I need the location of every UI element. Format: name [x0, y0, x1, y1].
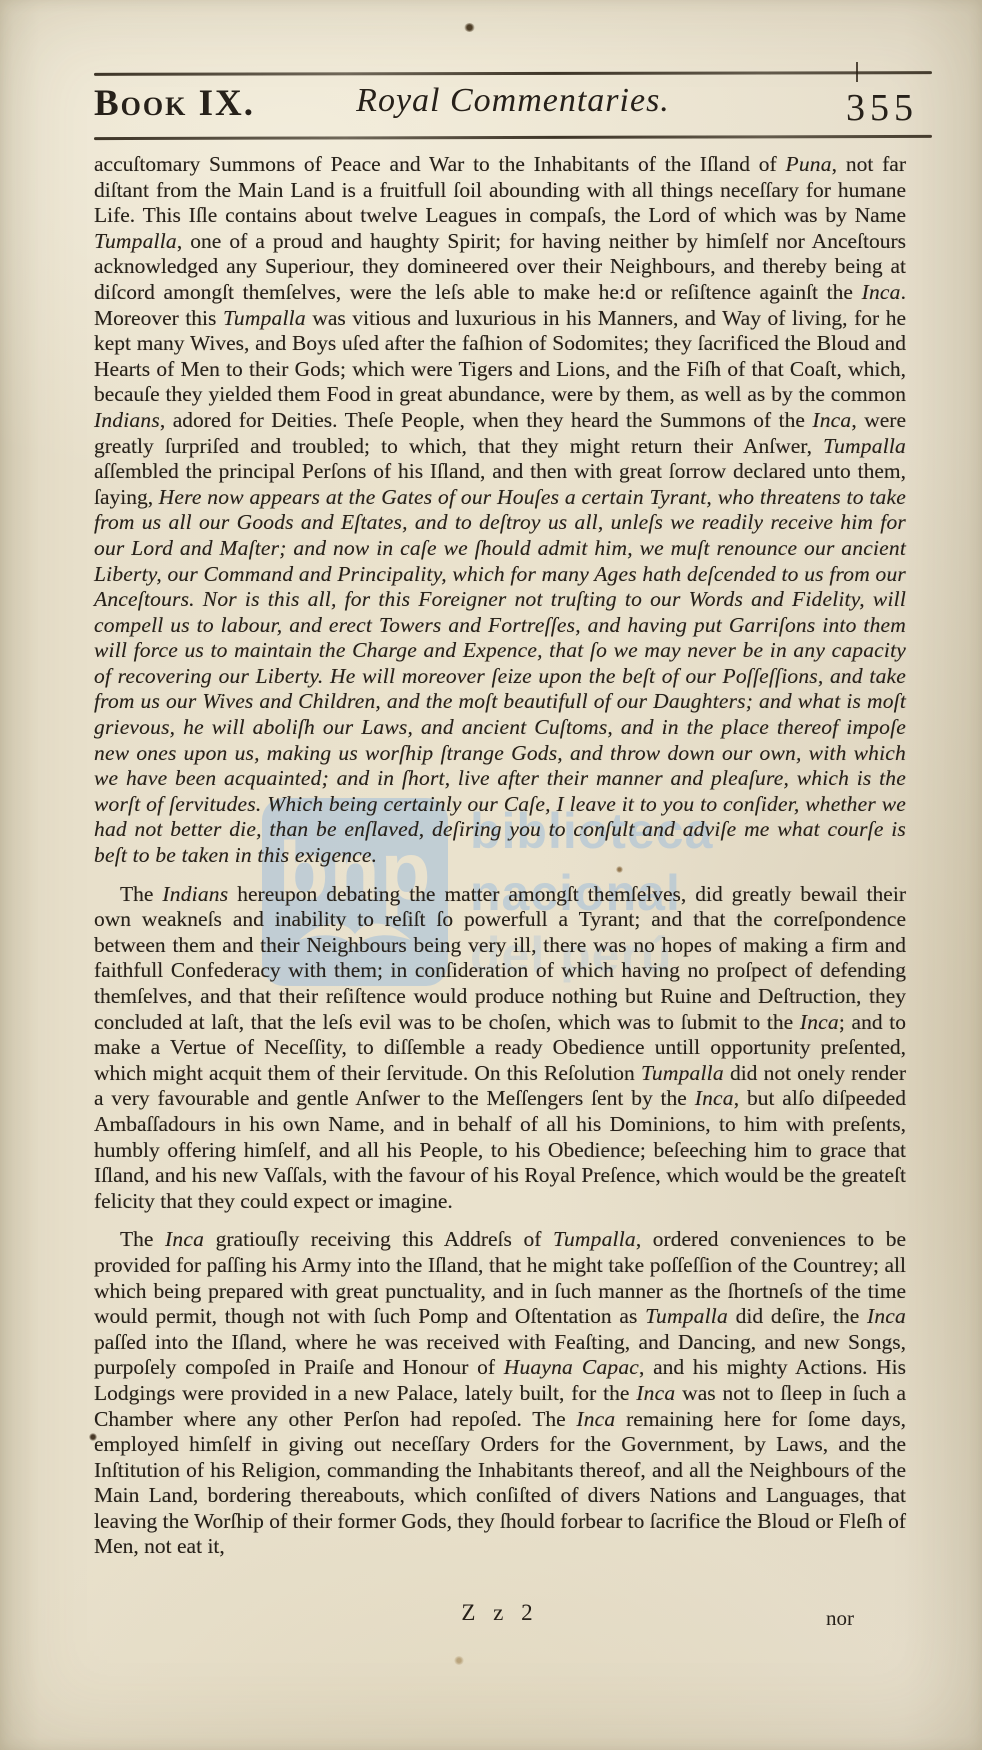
running-head: Book IX. Royal Commentaries. 355 [94, 80, 932, 136]
paragraph-inca-address: The Inca gratiouſly receiving this Addre… [94, 1227, 906, 1560]
page-number: 355 [846, 86, 918, 130]
paragraph-summons: accuſtomary Summons of Peace and War to … [94, 152, 906, 869]
fox-spot [333, 1440, 339, 1446]
page-body: accuſtomary Summons of Peace and War to … [94, 152, 906, 1560]
ink-spot [464, 23, 475, 32]
signature-mark: Z z 2 [94, 1600, 906, 1626]
catchword: nor [826, 1606, 854, 1631]
header-rule-top [94, 71, 932, 76]
fox-spot [454, 1656, 464, 1665]
running-title: Royal Commentaries. [94, 82, 932, 120]
footer-line: Z z 2 nor [94, 1600, 906, 1630]
book-page-scan: bnp biblioteca nacional del perú Book IX… [0, 0, 982, 1750]
ink-spot [89, 1433, 97, 1441]
header-rule-tick [856, 62, 858, 82]
paragraph-indians-debate: The Indians hereupon debating the matter… [94, 882, 906, 1215]
fox-spot [616, 866, 623, 873]
